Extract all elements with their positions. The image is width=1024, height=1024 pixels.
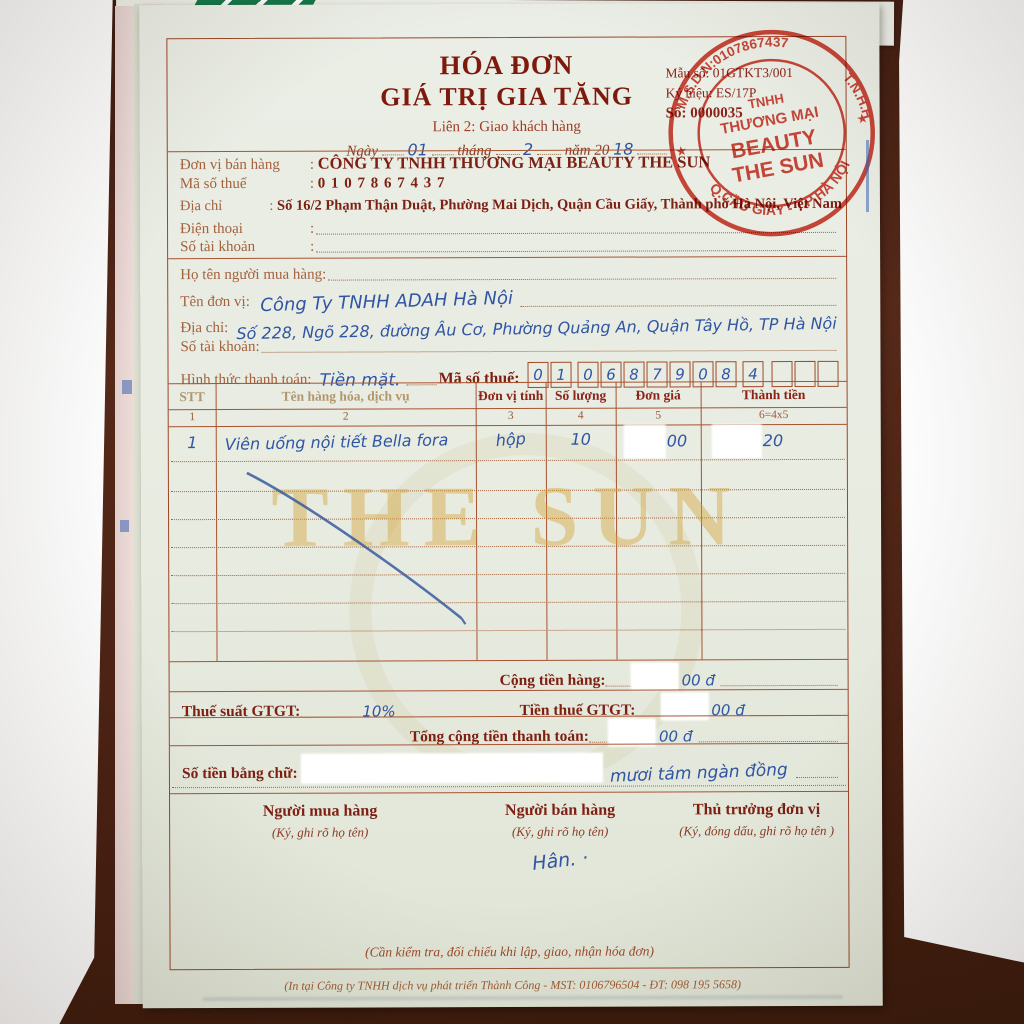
vat-visible: 00 đ [711,701,744,719]
whiteout-total [609,719,655,745]
tax-digit-box: 8 [715,361,736,387]
vat-rate-handwritten: 10% [362,702,395,720]
payment-method-label: Hình thức thanh toán: [181,372,312,389]
col-num: 5 [616,409,701,421]
col-header-name: Tên hàng hóa, dịch vụ [216,388,476,405]
col-num: 3 [476,410,546,422]
tax-digit-box: 0 [692,361,713,387]
col-num: 4 [546,410,616,422]
buyer-unit-label: Tên đơn vị: [180,294,250,311]
director-signature-title: Thủ trưởng đơn vị [665,801,848,820]
seller-signature-title: Người bán hàng [450,801,670,820]
buyer-signature-title: Người mua hàng [190,802,450,821]
seller-tax-label: Mã số thuế [180,176,310,193]
col-header-stt: STT [169,389,216,405]
amount-in-words-label: Số tiền bằng chữ: [182,765,298,783]
item-name-handwritten: Viên uống nội tiết Bella fora [225,430,449,454]
item-qty-handwritten: 10 [546,430,616,449]
subtotal-label: Cộng tiền hàng: [500,672,606,690]
seller-tax-value: 0 1 0 7 8 6 7 4 3 7 [318,175,446,192]
director-signature-sub: (Ký, đóng dấu, ghi rõ họ tên ) [665,823,848,840]
signature-section-line [170,791,848,794]
check-note: (Cần kiểm tra, đối chiếu khi lập, giao, … [171,943,849,961]
seller-address-label: Địa chỉ [180,198,269,215]
buyer-name-label: Họ tên người mua hàng: [180,267,326,285]
printer-info: (In tại Công ty TNHH dịch vụ phát triển … [143,977,883,995]
pen-mark [866,140,869,212]
sheet-edge-smudge [203,995,843,1001]
whiteout-words [302,754,602,783]
buyer-signature-sub: (Ký, ghi rõ họ tên) [190,824,450,841]
tax-digit-box-empty [771,361,792,387]
seller-signature-sub: (Ký, ghi rõ họ tên) [450,823,670,840]
seller-account-label: Số tài khoản [180,239,310,256]
invoice-sheet: THE SUN HÓA ĐƠN GIÁ TRỊ GIA TĂNG Liên 2:… [139,3,882,1009]
whiteout-price [625,425,665,457]
col-header-price: Đơn giá [616,387,701,403]
vat-rate-label: Thuế suất GTGT: [182,703,301,721]
divider [168,256,846,259]
buyer-address-label: Địa chỉ: [180,320,228,337]
tax-digit-box: 4 [742,361,763,387]
whiteout-amount [713,425,761,457]
tax-digit-box: 0 [577,362,598,388]
seller-unit-value: CÔNG TY TNHH THƯƠNG MẠI BEAUTY THE SUN [318,152,711,173]
photo-of-invoice: Bình Thạnh, TP. HCM, VN THE SUN HÓA ĐƠN … [0,0,1024,1024]
tax-digit-box: 7 [646,361,667,387]
tax-digit-box-empty [817,361,838,387]
col-header-unit: Đơn vị tính [476,388,546,404]
amount-in-words-visible: mươi tám ngàn đồng [609,760,787,787]
dotted-line [172,785,846,788]
item-amount-visible: 20 [763,431,783,450]
item-price-visible: 00 [667,431,687,450]
seller-phone-label: Điện thoại [180,221,310,238]
col-num: 2 [216,410,476,423]
pen-mark [120,520,129,532]
buyer-tax-label: Mã số thuế: [439,370,520,388]
company-stamp: M.S.D.N:0107867437 T.N.H.H Q.CẦU GIẤY - … [644,5,899,260]
vat-label: Tiền thuế GTGT: [520,702,636,720]
tax-digit-box: 6 [600,362,621,388]
col-header-qty: Số lượng [546,388,616,404]
subtotal-visible: 00 đ [682,671,715,689]
stamp-star-left: ★ [674,142,688,159]
seller-signature-handwritten: Hân. · [450,838,671,884]
tax-digit-box: 9 [669,361,690,387]
buyer-account-label: Số tài khoản: [180,339,259,356]
stamp-star-right: ★ [855,110,869,127]
seller-unit-label: Đơn vị bán hàng [180,157,310,174]
col-num: 6=4x5 [701,409,847,422]
item-stt: 1 [169,433,216,452]
whiteout-subtotal [631,663,677,689]
tax-digit-box-empty [794,361,815,387]
col-num: 1 [169,411,216,423]
col-header-amount: Thành tiền [701,387,847,404]
invoice-border: THE SUN HÓA ĐƠN GIÁ TRỊ GIA TĂNG Liên 2:… [166,36,849,970]
pen-strike [219,456,500,647]
tax-digit-box: 8 [623,362,644,388]
tax-digit-box: 1 [550,362,571,388]
pen-mark [122,380,132,394]
stamp-center-1: TNHH [747,91,785,112]
